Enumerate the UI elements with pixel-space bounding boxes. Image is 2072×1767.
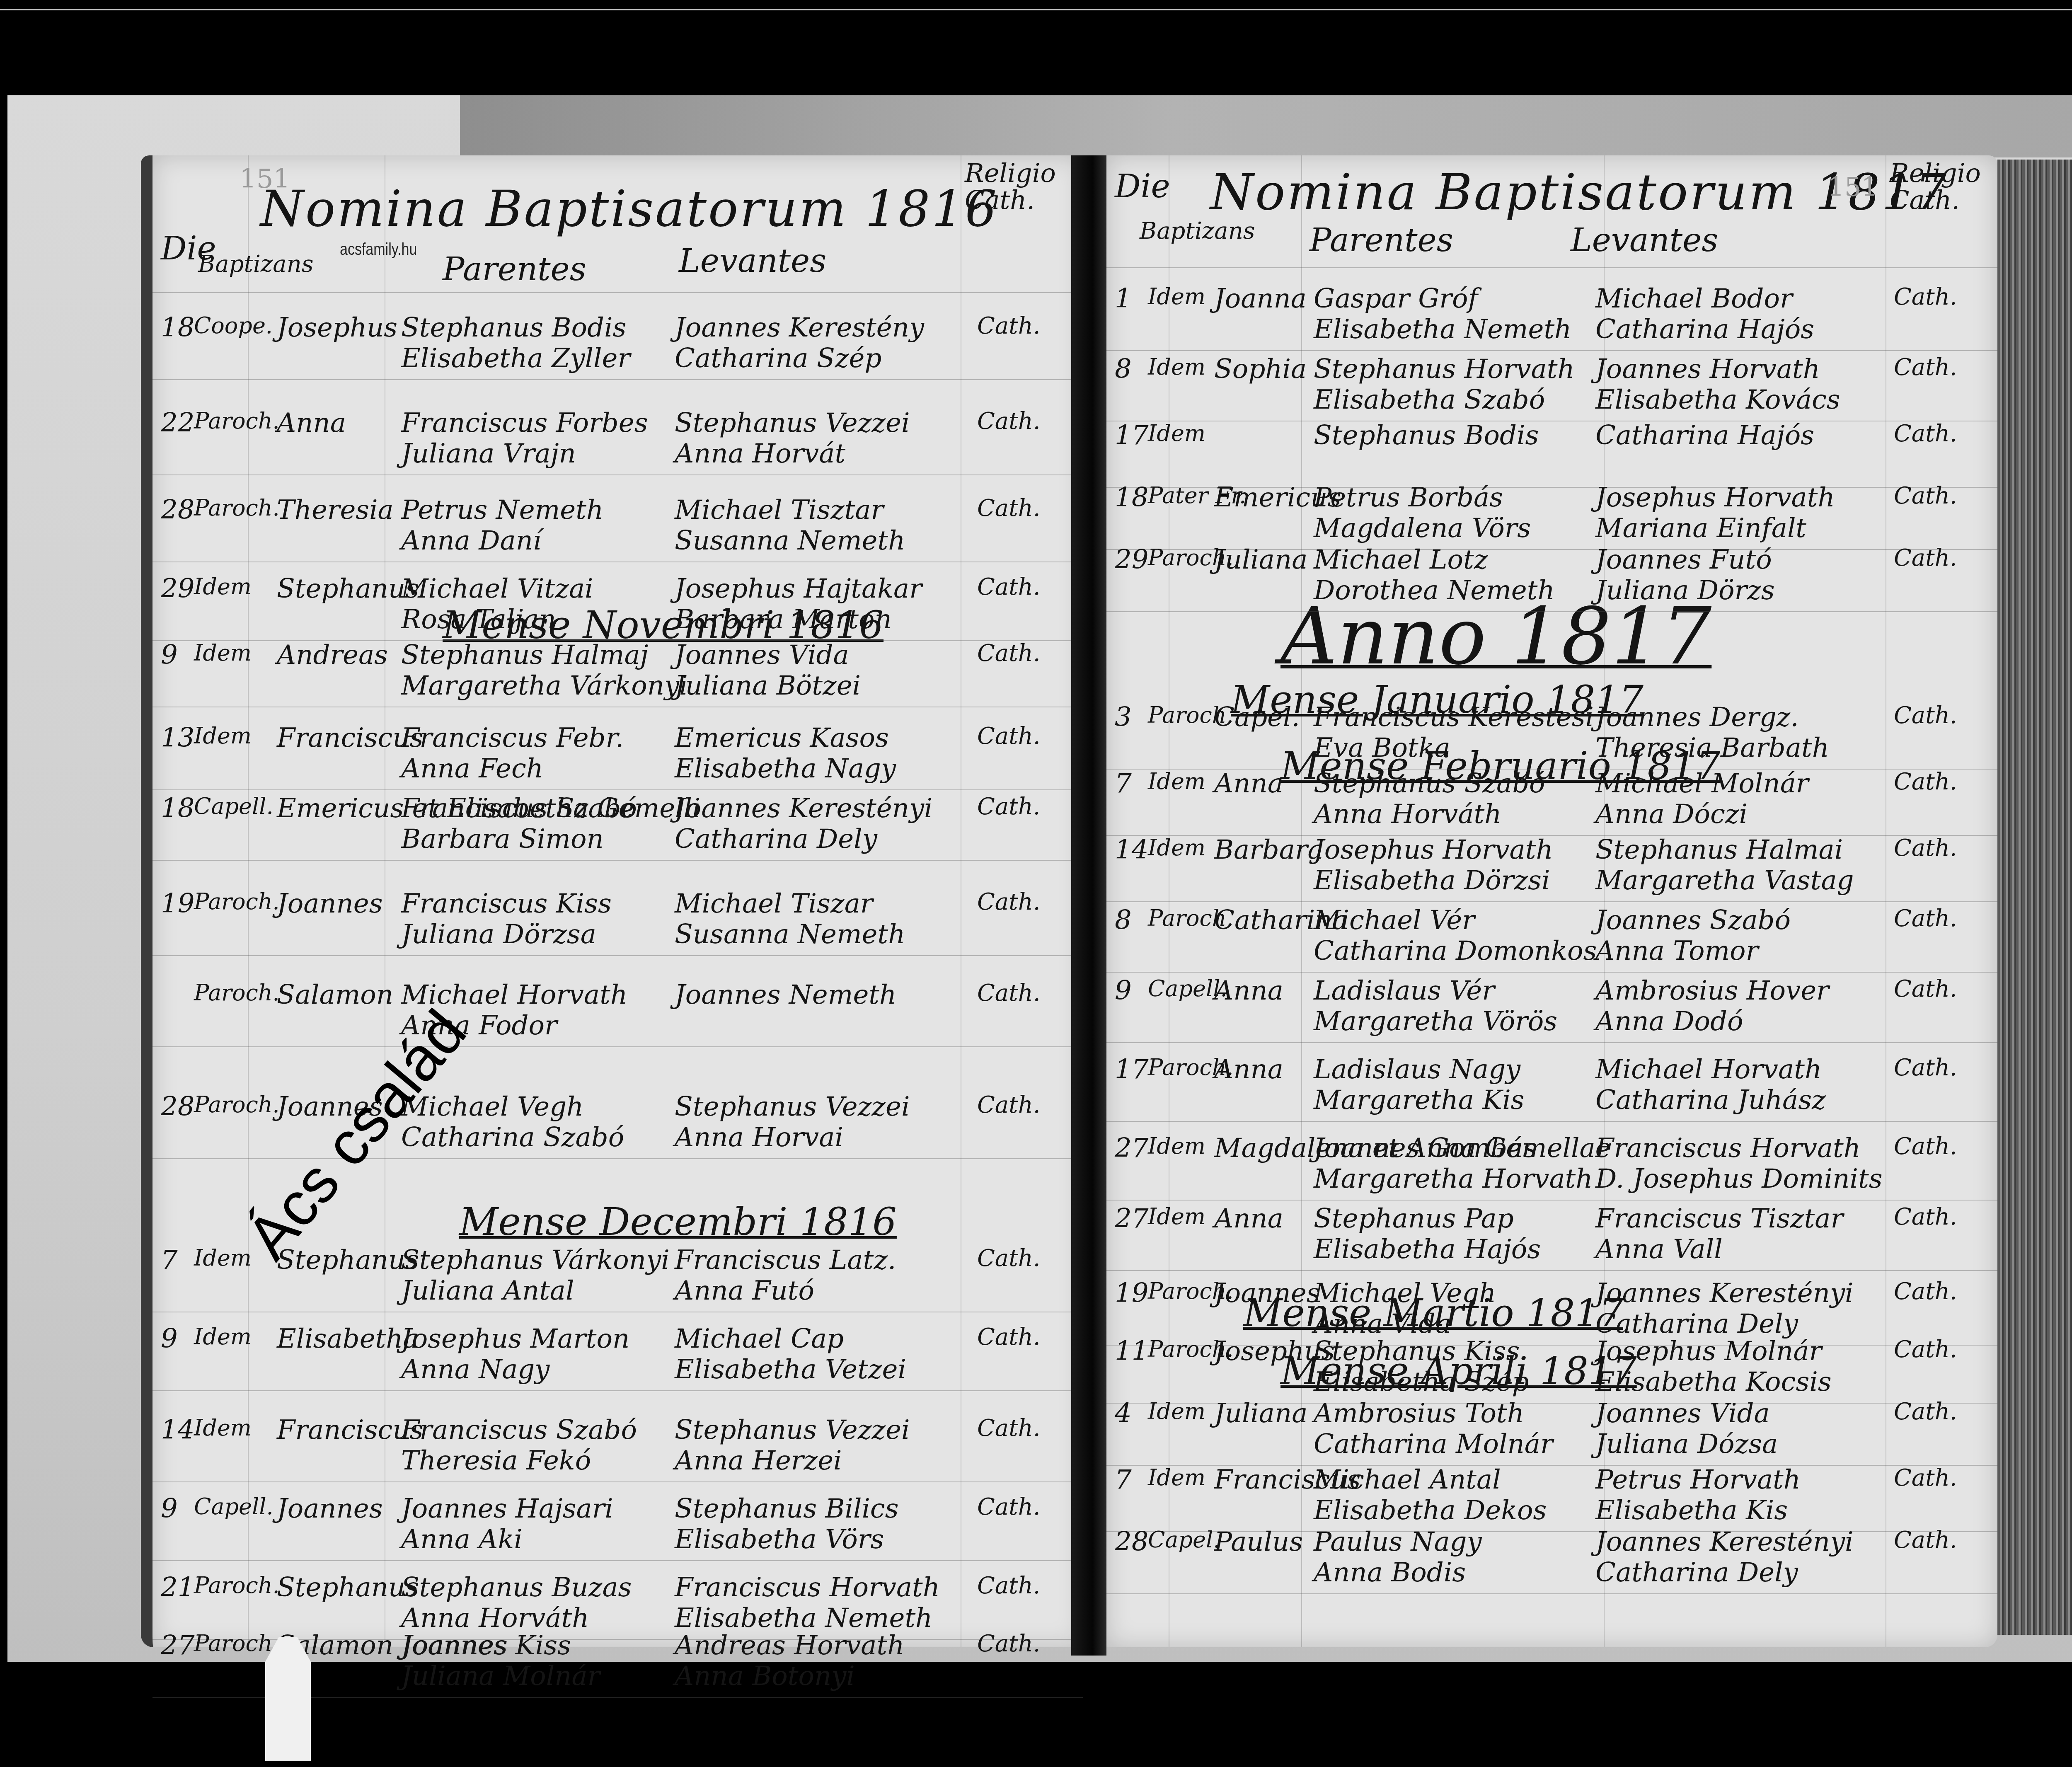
- entry-baptizans: Idem: [194, 1245, 252, 1271]
- entry-day: 4: [1115, 1399, 1132, 1429]
- entry-religion: Cath.: [977, 1573, 1041, 1599]
- entry-godparents: Michael Tisztar Susanna Nemeth: [675, 495, 905, 556]
- entry-infant-name: Anna: [1214, 976, 1283, 1007]
- entry-godparents: Ambrosius Hover Anna Dodó: [1595, 976, 1829, 1037]
- entry-infant-name: Joannes: [277, 1494, 383, 1525]
- row-rule: [1106, 611, 1997, 612]
- column-header-baptizans: Baptizans: [198, 251, 314, 278]
- entry-infant-name: Anna: [1214, 1055, 1283, 1085]
- entry-day: 7: [1115, 1465, 1132, 1496]
- entry-parents: Stephanus Buzas Anna Horváth: [401, 1573, 632, 1634]
- row-rule: [1106, 1042, 1997, 1043]
- entry-religion: Cath.: [1894, 976, 1957, 1002]
- row-rule: [152, 474, 1083, 475]
- entry-godparents: Emericus Kasos Elisabetha Nagy: [675, 723, 896, 784]
- entry-religion: Cath.: [977, 408, 1041, 435]
- row-rule: [1106, 901, 1997, 902]
- entry-baptizans: Paroch.: [194, 1631, 280, 1656]
- entry-religion: Cath.: [1894, 1278, 1957, 1305]
- entry-parents: Stephanus Várkonyi Juliana Antal: [401, 1245, 670, 1306]
- row-rule: [152, 1560, 1083, 1561]
- entry-religion: Cath.: [1894, 1465, 1957, 1491]
- entry-infant-name: Stephanus: [277, 574, 419, 605]
- entry-day: 13: [161, 723, 194, 754]
- entry-parents: Ambrosius Toth Catharina Molnár: [1314, 1399, 1553, 1460]
- entry-religion: Cath.: [977, 1415, 1041, 1442]
- entry-parents: Joannes Kiss Juliana Molnár: [401, 1631, 600, 1692]
- entry-day: 9: [1115, 976, 1132, 1007]
- entry-baptizans: Idem: [1148, 835, 1205, 861]
- row-rule: [152, 1481, 1083, 1482]
- entry-religion: Cath.: [1894, 1399, 1957, 1425]
- entry-religion: Cath.: [977, 1092, 1041, 1118]
- entry-godparents: Josephus Horvath Mariana Einfalt: [1595, 483, 1835, 544]
- entry-baptizans: Capell.: [194, 794, 274, 819]
- entry-infant-name: Stephanus: [277, 1573, 419, 1603]
- entry-day: 29: [161, 574, 194, 605]
- entry-infant-name: Theresia: [277, 495, 394, 526]
- entry-religion: Cath.: [977, 723, 1041, 750]
- entry-godparents: Stephanus Vezzei Anna Horvai: [675, 1092, 910, 1153]
- entry-parents: Stephanus Kiss Elisabetha Szép: [1314, 1336, 1529, 1397]
- entry-baptizans: Idem: [1148, 1133, 1205, 1159]
- entry-religion: Cath.: [1894, 769, 1957, 795]
- entry-day: 27: [1115, 1204, 1148, 1234]
- entry-godparents: Michael Tiszar Susanna Nemeth: [675, 889, 905, 950]
- entry-day: 18: [161, 794, 194, 824]
- entry-godparents: Franciscus Tisztar Anna Vall: [1595, 1204, 1843, 1265]
- row-rule: [152, 789, 1083, 790]
- entry-religion: Cath.: [1894, 905, 1957, 932]
- entry-baptizans: Idem: [194, 723, 252, 749]
- entry-baptizans: Idem: [1148, 769, 1205, 794]
- entry-godparents: Franciscus Horvath Elisabetha Nemeth: [675, 1573, 940, 1634]
- entry-infant-name: Anna: [1214, 1204, 1283, 1234]
- entry-infant-name: Anna: [277, 408, 346, 439]
- column-header-godparents: Levantes: [679, 242, 826, 280]
- row-rule: [1106, 1270, 1997, 1271]
- column-header-religion: Religio Cath.: [1890, 160, 1973, 213]
- entry-godparents: Joannes Futó Juliana Dörzs: [1595, 545, 1775, 606]
- entry-baptizans: Idem: [194, 574, 252, 600]
- entry-godparents: Stephanus Bilics Elisabetha Vörs: [675, 1494, 899, 1555]
- entry-baptizans: Idem: [194, 1415, 252, 1441]
- entry-day: 28: [161, 495, 194, 526]
- column-header-parents: Parentes: [443, 251, 586, 288]
- entry-religion: Cath.: [1894, 1133, 1957, 1160]
- entry-day: 17: [1115, 1055, 1148, 1085]
- entry-day: 19: [1115, 1278, 1148, 1309]
- entry-baptizans: Paroch.: [194, 408, 280, 434]
- open-register-book: 151 Nomina Baptisatorum 1816 Die Baptiza…: [141, 155, 2072, 1664]
- entry-infant-name: Anna: [1214, 769, 1283, 799]
- entry-religion: Cath.: [977, 794, 1041, 820]
- entry-religion: Cath.: [977, 1245, 1041, 1272]
- entry-parents: Franciscus Forbes Juliana Vrajn: [401, 408, 648, 469]
- entry-parents: Joannes Hajsari Anna Aki: [401, 1494, 613, 1555]
- entry-religion: Cath.: [1894, 1527, 1957, 1554]
- entry-parents: Stephanus Halmaj Margaretha Várkonyi: [401, 640, 688, 701]
- entry-godparents: Joannes Dergz. Theresia Barbath: [1595, 702, 1829, 763]
- entry-religion: Cath.: [1894, 835, 1957, 862]
- entry-parents: Franciscus Kerestesi Eva Botka: [1314, 702, 1594, 763]
- entry-infant-name: Paulus: [1214, 1527, 1303, 1558]
- column-header-date: Die: [1115, 168, 1170, 205]
- entry-infant-name: Salamon: [277, 980, 393, 1011]
- entry-baptizans: Idem: [1148, 284, 1205, 310]
- entry-religion: Cath.: [1894, 1055, 1957, 1081]
- entry-day: 27: [161, 1631, 194, 1661]
- page-title: Nomina Baptisatorum 1816: [260, 180, 998, 238]
- entry-day: 18: [1115, 483, 1148, 513]
- row-rule: [152, 1390, 1083, 1391]
- entry-godparents: Franciscus Latz. Anna Futó: [675, 1245, 896, 1306]
- left-page: 151 Nomina Baptisatorum 1816 Die Baptiza…: [141, 155, 1083, 1647]
- entry-religion: Cath.: [977, 1324, 1041, 1351]
- column-header-baptizans: Baptizans: [1140, 218, 1255, 244]
- entry-infant-name: Barbara: [1214, 835, 1324, 866]
- entry-baptizans: Idem: [1148, 1465, 1205, 1491]
- entry-day: 11: [1115, 1336, 1148, 1367]
- entry-godparents: Joannes Kerestényi Catharina Dely: [1595, 1278, 1854, 1339]
- entry-baptizans: Idem: [194, 1324, 252, 1350]
- entry-religion: Cath.: [977, 495, 1041, 522]
- entry-infant-name: Capel.: [1214, 702, 1300, 733]
- column-header-religion: Religio Cath.: [965, 160, 1056, 213]
- entry-infant-name: Joannes: [1214, 1278, 1320, 1309]
- entry-religion: Cath.: [1894, 421, 1957, 447]
- entry-day: 27: [1115, 1133, 1148, 1164]
- row-rule: [152, 955, 1083, 956]
- entry-parents: Ladislaus Nagy Margaretha Kis: [1314, 1055, 1524, 1116]
- entry-infant-name: Joannes: [277, 889, 383, 920]
- row-rule: [1106, 1593, 1997, 1594]
- entry-godparents: Joannes Vida Juliana Bötzei: [675, 640, 861, 701]
- entry-day: 9: [161, 1494, 178, 1525]
- entry-baptizans: Paroch.: [194, 980, 280, 1006]
- entry-parents: Franciscus Szabó Theresia Fekó: [401, 1415, 637, 1476]
- entry-godparents: Franciscus Horvath D. Josephus Dominits: [1595, 1133, 1882, 1194]
- entry-godparents: Joannes Kerestényi Catharina Dely: [1595, 1527, 1854, 1588]
- row-rule: [1106, 1121, 1997, 1122]
- entry-religion: Cath.: [1894, 483, 1957, 509]
- entry-infant-name: Juliana: [1214, 1399, 1307, 1429]
- row-rule: [1106, 972, 1997, 973]
- entry-baptizans: Idem: [194, 640, 252, 666]
- entry-day: 14: [161, 1415, 194, 1446]
- entry-day: 8: [1115, 905, 1132, 936]
- entry-infant-name: Sophia: [1214, 354, 1307, 385]
- entry-day: 19: [161, 889, 194, 920]
- row-rule: [152, 707, 1083, 707]
- column-header-parents: Parentes: [1310, 222, 1453, 259]
- entry-day: 21: [161, 1573, 194, 1603]
- entry-day: 1: [1115, 284, 1132, 315]
- row-rule: [1106, 350, 1997, 351]
- entry-baptizans: Idem: [1148, 421, 1205, 446]
- entry-godparents: Joannes Szabó Anna Tomor: [1595, 905, 1791, 966]
- entry-infant-name: Josephus: [277, 313, 397, 344]
- entry-day: 9: [161, 1324, 178, 1355]
- entry-godparents: Josephus Hajtakar Barbara Marton: [675, 574, 922, 635]
- entry-religion: Cath.: [1894, 354, 1957, 381]
- entry-religion: Cath.: [1894, 545, 1957, 571]
- entry-baptizans: Capel.: [1148, 1527, 1220, 1553]
- entry-religion: Cath.: [1894, 284, 1957, 310]
- row-rule: [152, 292, 1083, 293]
- entry-religion: Cath.: [1894, 1336, 1957, 1363]
- entry-godparents: Joannes Vida Juliana Dózsa: [1595, 1399, 1778, 1460]
- entry-religion: Cath.: [977, 980, 1041, 1007]
- entry-day: 7: [161, 1245, 178, 1276]
- entry-godparents: Stephanus Vezzei Anna Herzei: [675, 1415, 910, 1476]
- entry-godparents: Josephus Molnár Elisabetha Kocsis: [1595, 1336, 1832, 1397]
- entry-parents: Stephanus Bodis: [1314, 421, 1539, 451]
- entry-parents: Stephanus Pap Elisabetha Hajós: [1314, 1204, 1541, 1265]
- entry-parents: Stephanus Bodis Elisabetha Zyller: [401, 313, 630, 374]
- entry-godparents: Stephanus Halmai Margaretha Vastag: [1595, 835, 1854, 896]
- entry-baptizans: Paroch.: [194, 1573, 280, 1598]
- entry-day: 28: [161, 1092, 194, 1123]
- film-frame-top: [0, 0, 2072, 10]
- row-rule: [152, 860, 1083, 861]
- entry-parents: Michael Vegh Anna Vida: [1314, 1278, 1496, 1339]
- entry-parents: Michael Vitzai Rosa Taljan: [401, 574, 593, 635]
- bookmark-ribbon: [265, 1637, 311, 1761]
- entry-religion: Cath.: [1894, 1204, 1957, 1230]
- entry-parents: Michael Antal Elisabetha Dekos: [1314, 1465, 1547, 1526]
- entry-religion: Cath.: [977, 889, 1041, 915]
- entry-baptizans: Idem: [1148, 354, 1205, 380]
- entry-parents: Paulus Nagy Anna Bodis: [1314, 1527, 1482, 1588]
- scan-backdrop-shadow: [460, 95, 2072, 157]
- entry-religion: Cath.: [977, 640, 1041, 667]
- entry-parents: Ladislaus Vér Margaretha Vörös: [1314, 976, 1557, 1037]
- row-rule: [152, 379, 1083, 380]
- entry-infant-name: Joanna: [1214, 284, 1307, 315]
- entry-day: 29: [1115, 545, 1148, 576]
- entry-infant-name: Juliana: [1214, 545, 1307, 576]
- entry-day: 17: [1115, 421, 1148, 451]
- entry-baptizans: Paroch.: [194, 889, 280, 915]
- entry-parents: Michael Vegh Catharina Szabó: [401, 1092, 624, 1153]
- entry-baptizans: Coope.: [194, 313, 273, 339]
- entry-day: 14: [1115, 835, 1148, 866]
- entry-religion: Cath.: [1894, 702, 1957, 729]
- entry-parents: Joannes Gombás Margaretha Horvath: [1314, 1133, 1593, 1194]
- entry-godparents: Michael Cap Elisabetha Vetzei: [675, 1324, 906, 1385]
- entry-parents: Petrus Nemeth Anna Daní: [401, 495, 603, 556]
- watermark-url: acsfamily.hu: [340, 240, 417, 259]
- entry-godparents: Joannes Nemeth: [675, 980, 896, 1011]
- entry-godparents: Petrus Horvath Elisabetha Kis: [1595, 1465, 1801, 1526]
- entry-parents: Stephanus Horvath Elisabetha Szabó: [1314, 354, 1575, 415]
- row-rule: [152, 1046, 1083, 1047]
- entry-day: 28: [1115, 1527, 1148, 1558]
- entry-infant-name: Andreas: [277, 640, 388, 671]
- entry-parents: Gaspar Gróf Elisabetha Nemeth: [1314, 284, 1571, 345]
- entry-baptizans: Paroch.: [194, 1092, 280, 1118]
- entry-parents: Franciscus Szabó Barbara Simon: [401, 794, 637, 854]
- entry-parents: Franciscus Kiss Juliana Dörzsa: [401, 889, 612, 950]
- entry-baptizans: Paroch.: [194, 495, 280, 521]
- entry-parents: Josephus Horvath Elisabetha Dörzsi: [1314, 835, 1553, 896]
- entry-baptizans: Capell.: [194, 1494, 274, 1520]
- entry-religion: Cath.: [977, 574, 1041, 600]
- entry-godparents: Andreas Horvath Anna Botonyi: [675, 1631, 904, 1692]
- entry-parents: Michael Vér Catharina Domonkos: [1314, 905, 1597, 966]
- entry-infant-name: Elisabetha: [277, 1324, 419, 1355]
- page-number: 151: [1828, 172, 1878, 203]
- entry-baptizans: Idem: [1148, 1399, 1205, 1424]
- row-rule: [1106, 421, 1997, 421]
- book-gutter: [1071, 155, 1106, 1656]
- entry-day: 9: [161, 640, 178, 671]
- book-fore-edge: [1997, 160, 2072, 1635]
- entry-godparents: Catharina Hajós: [1595, 421, 1814, 451]
- entry-baptizans: Idem: [1148, 1204, 1205, 1230]
- right-page: Die Nomina Baptisatorum 1817 151 Baptiza…: [1106, 155, 1997, 1647]
- entry-religion: Cath.: [977, 1494, 1041, 1520]
- entry-day: 8: [1115, 354, 1132, 385]
- entry-day: 22: [161, 408, 194, 439]
- entry-godparents: Michael Molnár Anna Dóczi: [1595, 769, 1808, 830]
- entry-day: 18: [161, 313, 194, 344]
- entry-day: 3: [1115, 702, 1132, 733]
- row-rule: [1106, 267, 1997, 268]
- entry-godparents: Joannes Horvath Elisabetha Kovács: [1595, 354, 1840, 415]
- entry-godparents: Joannes Kerestény Catharina Szép: [675, 313, 924, 374]
- column-header-godparents: Levantes: [1571, 222, 1718, 259]
- entry-parents: Stephanus Szabó Anna Horváth: [1314, 769, 1545, 830]
- entry-godparents: Joannes Kerestényi Catharina Dely: [675, 794, 933, 854]
- entry-parents: Josephus Marton Anna Nagy: [401, 1324, 629, 1385]
- entry-parents: Michael Lotz Dorothea Nemeth: [1314, 545, 1555, 606]
- row-rule: [152, 1312, 1083, 1312]
- entry-godparents: Michael Horvath Catharina Juhász: [1595, 1055, 1826, 1116]
- entry-religion: Cath.: [977, 1631, 1041, 1657]
- entry-day: 7: [1115, 769, 1132, 799]
- entry-godparents: Michael Bodor Catharina Hajós: [1595, 284, 1814, 345]
- entry-parents: Petrus Borbás Magdalena Vörs: [1314, 483, 1531, 544]
- entry-godparents: Stephanus Vezzei Anna Horvát: [675, 408, 910, 469]
- row-rule: [1106, 1200, 1997, 1201]
- month-header: Mense Decembri 1816: [459, 1200, 897, 1244]
- entry-parents: Franciscus Febr. Anna Fech: [401, 723, 624, 784]
- entry-religion: Cath.: [977, 313, 1041, 339]
- row-rule: [152, 562, 1083, 562]
